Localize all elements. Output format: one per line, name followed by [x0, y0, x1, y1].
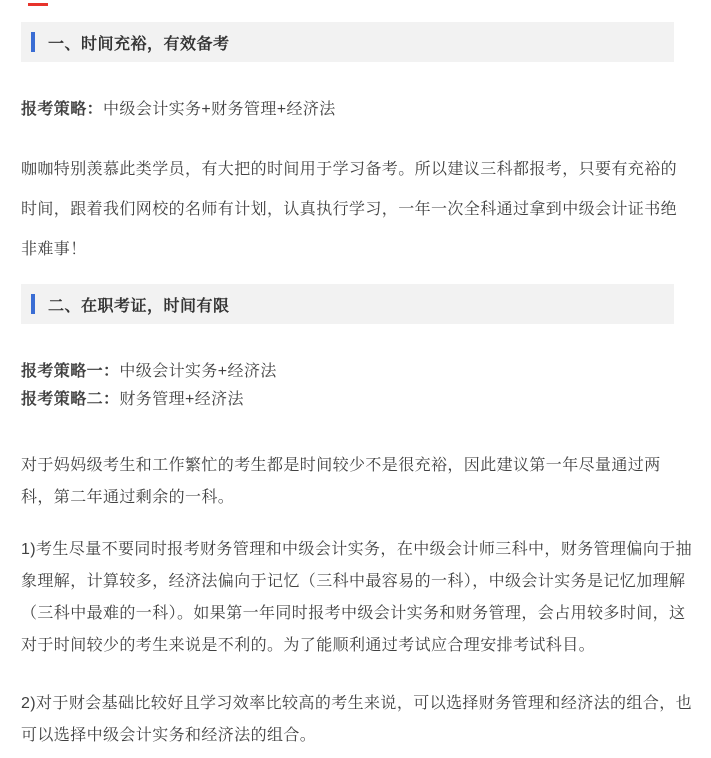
accent-bar-icon: [31, 32, 35, 52]
section-1-title: 一、时间充裕，有效备考: [48, 31, 230, 54]
strategy-label: 报考策略一：: [21, 363, 119, 380]
strategy-value: 中级会计实务+经济法: [119, 363, 276, 380]
section-header-2: 二、在职考证，时间有限: [21, 284, 674, 324]
strategy-line: 报考策略：中级会计实务+财务管理+经济法: [21, 100, 693, 120]
article-page: 一、时间充裕，有效备考 报考策略：中级会计实务+财务管理+经济法 咖咖特别羡慕此…: [0, 0, 711, 758]
strategy-line: 报考策略二：财务管理+经济法: [21, 386, 693, 414]
paragraph: 对于妈妈级考生和工作繁忙的考生都是时间较少不是很充裕，因此建议第一年尽量通过两科…: [21, 450, 693, 514]
article-content: 一、时间充裕，有效备考 报考策略：中级会计实务+财务管理+经济法 咖咖特别羡慕此…: [0, 22, 711, 752]
top-red-marker: [28, 3, 48, 6]
section-2-title: 二、在职考证，时间有限: [48, 293, 230, 316]
strategy-label: 报考策略二：: [21, 391, 119, 408]
accent-bar-icon: [31, 294, 35, 314]
paragraph: 咖咖特别羡慕此类学员，有大把的时间用于学习备考。所以建议三科都报考，只要有充裕的…: [21, 150, 693, 270]
strategy-line: 报考策略一：中级会计实务+经济法: [21, 358, 693, 386]
paragraph: 2)对于财会基础比较好且学习效率比较高的考生来说，可以选择财务管理和经济法的组合…: [21, 688, 693, 752]
strategy-value: 财务管理+经济法: [119, 391, 244, 408]
section-header-1: 一、时间充裕，有效备考: [21, 22, 674, 62]
strategy-value: 中级会计实务+财务管理+经济法: [103, 101, 336, 118]
paragraph: 1)考生尽量不要同时报考财务管理和中级会计实务，在中级会计师三科中，财务管理偏向…: [21, 534, 693, 662]
strategy-label: 报考策略：: [21, 101, 103, 118]
